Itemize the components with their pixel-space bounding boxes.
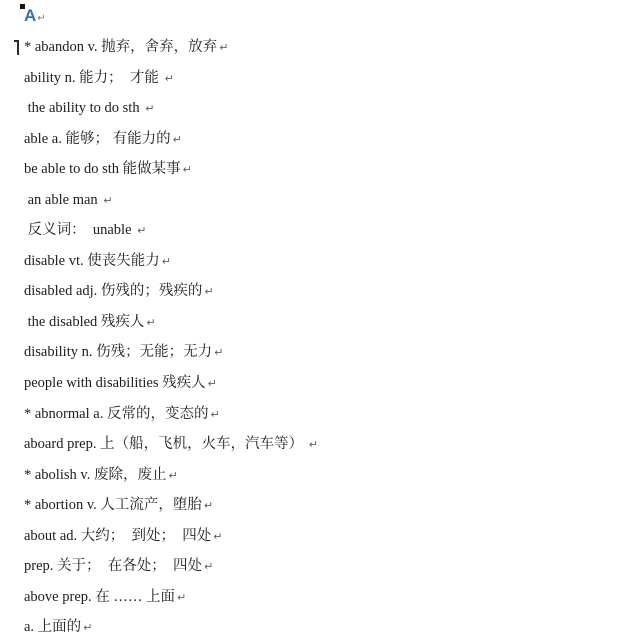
vocab-line[interactable]: aboard prep. 上（船，飞机，火车，汽车等） ↵ <box>24 429 640 460</box>
paragraph-mark-icon: ↵ <box>165 72 174 85</box>
paragraph-mark-icon: ↵ <box>173 133 182 146</box>
line-text: * abortion v. 人工流产，堕胎 <box>24 497 202 513</box>
paragraph-mark-icon: ↵ <box>103 194 112 207</box>
paragraph-mark-icon: ↵ <box>37 13 45 24</box>
paragraph-mark-icon: ↵ <box>162 255 171 268</box>
vocab-line[interactable]: * abandon v. 抛弃，舍弃，放弃↵ <box>24 32 640 63</box>
line-text: * abnormal a. 反常的，变态的 <box>24 406 208 422</box>
vocab-line[interactable]: disable vt. 使丧失能力↵ <box>24 246 640 277</box>
line-text: a. 上面的 <box>24 619 81 635</box>
line-text: * abolish v. 废除，废止 <box>24 467 166 483</box>
vocab-line[interactable]: able a. 能够； 有能力的↵ <box>24 124 640 155</box>
vocab-line[interactable]: about ad. 大约； 到处； 四处↵ <box>24 521 640 552</box>
vocab-line[interactable]: people with disabilities 残疾人↵ <box>24 368 640 399</box>
paragraph-mark-icon: ↵ <box>146 316 155 329</box>
vocab-line[interactable]: disability n. 伤残；无能；无力↵ <box>24 337 640 368</box>
paragraph-mark-icon: ↵ <box>213 530 222 543</box>
vocab-line[interactable]: a. 上面的↵ <box>24 612 640 636</box>
paragraph-mark-icon: ↵ <box>210 408 219 421</box>
line-text: the disabled 残疾人 <box>24 314 144 330</box>
line-text: * abandon v. 抛弃，舍弃，放弃 <box>24 39 217 55</box>
paragraph-mark-icon: ↵ <box>309 438 318 451</box>
vocab-line[interactable]: * abolish v. 废除，废止↵ <box>24 460 640 491</box>
document-page[interactable]: A↵ * abandon v. 抛弃，舍弃，放弃↵ability n. 能力； … <box>0 0 640 636</box>
paragraph-mark-icon: ↵ <box>204 560 213 573</box>
line-text: the ability to do sth <box>24 100 143 116</box>
vocab-line[interactable]: prep. 关于； 在各处； 四处↵ <box>24 551 640 582</box>
vocab-line[interactable]: * abnormal a. 反常的，变态的↵ <box>24 399 640 430</box>
line-text: be able to do sth 能做某事 <box>24 161 181 177</box>
line-text: disable vt. 使丧失能力 <box>24 253 160 269</box>
vocab-list: * abandon v. 抛弃，舍弃，放弃↵ability n. 能力； 才能 … <box>24 32 640 636</box>
vocab-line[interactable]: * abortion v. 人工流产，堕胎↵ <box>24 490 640 521</box>
line-text: aboard prep. 上（船，飞机，火车，汽车等） <box>24 436 307 452</box>
paragraph-mark-icon: ↵ <box>204 499 213 512</box>
paragraph-mark-icon: ↵ <box>137 224 146 237</box>
line-text: disabled adj. 伤残的；残疾的 <box>24 283 202 299</box>
line-text: an able man <box>24 192 101 208</box>
heading-text: A <box>24 6 36 25</box>
line-text: able a. 能够； 有能力的 <box>24 131 171 147</box>
line-text: prep. 关于； 在各处； 四处 <box>24 558 202 574</box>
line-text: disability n. 伤残；无能；无力 <box>24 344 212 360</box>
paragraph-mark-icon: ↵ <box>177 591 186 604</box>
section-heading-letter[interactable]: A↵ <box>24 5 46 30</box>
paragraph-mark-icon: ↵ <box>83 621 92 634</box>
vocab-line[interactable]: ability n. 能力； 才能 ↵ <box>24 63 640 94</box>
paragraph-mark-icon: ↵ <box>208 377 217 390</box>
text-cursor <box>17 40 19 55</box>
line-text: ability n. 能力； 才能 <box>24 70 163 86</box>
line-text: above prep. 在 …… 上面 <box>24 589 175 605</box>
paragraph-mark-icon: ↵ <box>168 469 177 482</box>
paragraph-mark-icon: ↵ <box>145 102 154 115</box>
vocab-line[interactable]: 反义词： unable ↵ <box>24 215 640 246</box>
vocab-line[interactable]: disabled adj. 伤残的；残疾的↵ <box>24 276 640 307</box>
paragraph-mark-icon: ↵ <box>214 346 223 359</box>
line-text: 反义词： unable <box>24 222 135 238</box>
paragraph-mark-icon: ↵ <box>204 285 213 298</box>
vocab-line[interactable]: the disabled 残疾人↵ <box>24 307 640 338</box>
line-text: people with disabilities 残疾人 <box>24 375 206 391</box>
vocab-line[interactable]: the ability to do sth ↵ <box>24 93 640 124</box>
vocab-line[interactable]: an able man ↵ <box>24 185 640 216</box>
line-text: about ad. 大约； 到处； 四处 <box>24 528 211 544</box>
vocab-line[interactable]: above prep. 在 …… 上面↵ <box>24 582 640 613</box>
vocab-line[interactable]: be able to do sth 能做某事↵ <box>24 154 640 185</box>
paragraph-mark-icon: ↵ <box>183 163 192 176</box>
paragraph-mark-icon: ↵ <box>219 41 228 54</box>
